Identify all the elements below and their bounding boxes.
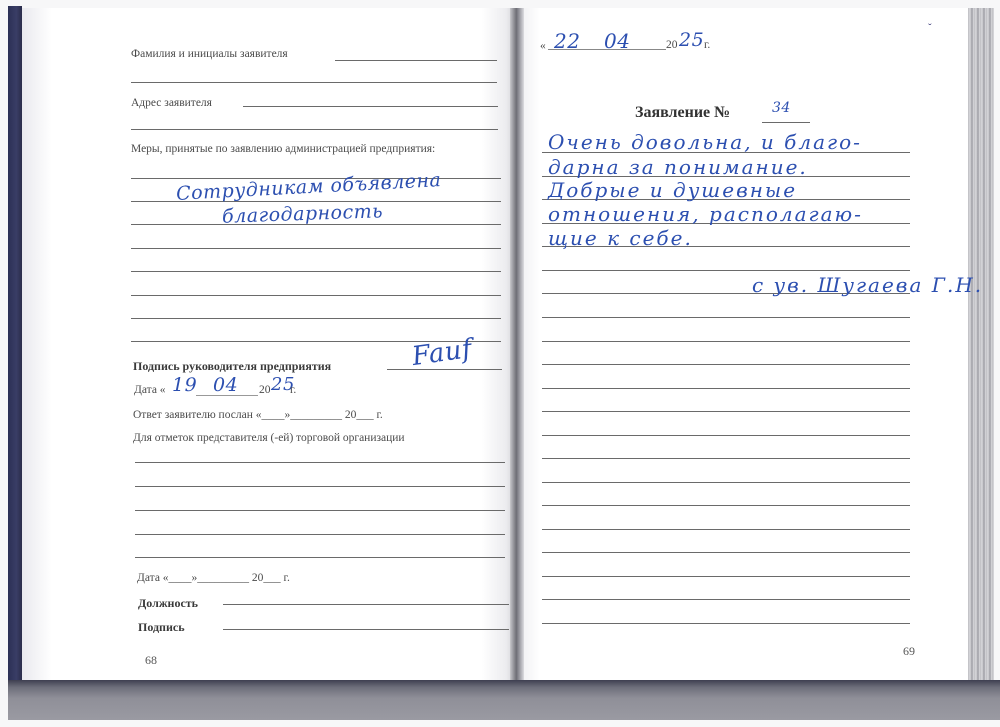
position-line[interactable] (223, 604, 509, 605)
page-stack-edges (968, 8, 994, 682)
scanner-bottom-shadow (8, 680, 1000, 720)
body-handwritten-line-2: дарна за понимание. (548, 155, 808, 179)
trade-rep-line[interactable] (135, 534, 505, 535)
applicant-address-line-2[interactable] (131, 129, 498, 130)
application-title: Заявление № (635, 104, 730, 122)
date-open-quote: « (540, 40, 546, 52)
signature-line[interactable] (223, 629, 509, 630)
date-prefix: Дата « (134, 384, 166, 396)
body-line[interactable] (542, 529, 910, 530)
application-date-year-prefix: 20 (666, 39, 678, 51)
body-line[interactable] (542, 599, 910, 600)
applicant-name-line-2[interactable] (131, 82, 497, 83)
date-year-prefix: 20 (259, 384, 271, 396)
application-date-year[interactable]: 25 (679, 29, 704, 51)
application-date-suffix: г. (704, 39, 710, 51)
page-number-right: 69 (903, 644, 915, 659)
manager-signature-label: Подпись руководителя предприятия (133, 359, 331, 374)
page-number-left: 68 (145, 653, 157, 668)
body-line[interactable] (542, 505, 910, 506)
applicant-address-line[interactable] (243, 106, 498, 107)
applicant-signature: с ув. Шугаева Г.Н. (752, 273, 983, 297)
body-line[interactable] (542, 411, 910, 412)
date2-label: Дата «____»_________ 20___ г. (137, 572, 290, 584)
body-line[interactable] (542, 435, 910, 436)
measures-line[interactable] (131, 248, 501, 249)
trade-rep-line[interactable] (135, 462, 505, 463)
date-suffix: г. (290, 384, 296, 396)
measures-line[interactable] (131, 295, 501, 296)
body-handwritten-line-5: щие к себе. (548, 226, 693, 250)
measures-line[interactable] (131, 271, 501, 272)
trade-rep-line[interactable] (135, 510, 505, 511)
application-number-line (762, 122, 810, 123)
date-month-line (196, 395, 258, 396)
body-handwritten-line-1: Очень довольна, и благо- (548, 130, 862, 154)
position-label: Должность (138, 596, 198, 611)
date-month[interactable]: 04 (213, 374, 238, 396)
book-gutter (510, 8, 524, 684)
applicant-address-label: Адрес заявителя (131, 97, 212, 109)
body-line[interactable] (542, 458, 910, 459)
date-day[interactable]: 19 (172, 374, 197, 396)
body-line[interactable] (542, 576, 910, 577)
trade-rep-line[interactable] (135, 486, 505, 487)
applicant-name-line[interactable] (335, 60, 497, 61)
application-number[interactable]: 34 (772, 100, 791, 116)
body-line[interactable] (542, 317, 910, 318)
reply-sent-label: Ответ заявителю послан «____»_________ 2… (133, 409, 383, 421)
manager-signature-line[interactable] (387, 369, 502, 370)
trade-rep-line[interactable] (135, 557, 505, 558)
body-line[interactable] (542, 623, 910, 624)
body-line[interactable] (542, 552, 910, 553)
right-page (522, 8, 970, 680)
trade-rep-label: Для отметок представителя (-ей) торговой… (133, 432, 405, 444)
measures-line[interactable] (131, 318, 501, 319)
body-line[interactable] (542, 388, 910, 389)
body-line[interactable] (542, 270, 910, 271)
book-cover-edge (8, 6, 22, 718)
corner-check-mark: ˇ (928, 22, 932, 34)
body-line[interactable] (542, 341, 910, 342)
body-handwritten-line-3: Добрые и душевные (548, 178, 797, 202)
signature-label: Подпись (138, 620, 185, 635)
body-line[interactable] (542, 482, 910, 483)
measures-label: Меры, принятые по заявлению администраци… (131, 143, 435, 155)
body-handwritten-line-4: отношения, располагаю- (548, 202, 863, 226)
application-date-month[interactable]: 04 (604, 29, 630, 53)
body-line[interactable] (542, 364, 910, 365)
applicant-name-label: Фамилия и инициалы заявителя (131, 48, 288, 60)
